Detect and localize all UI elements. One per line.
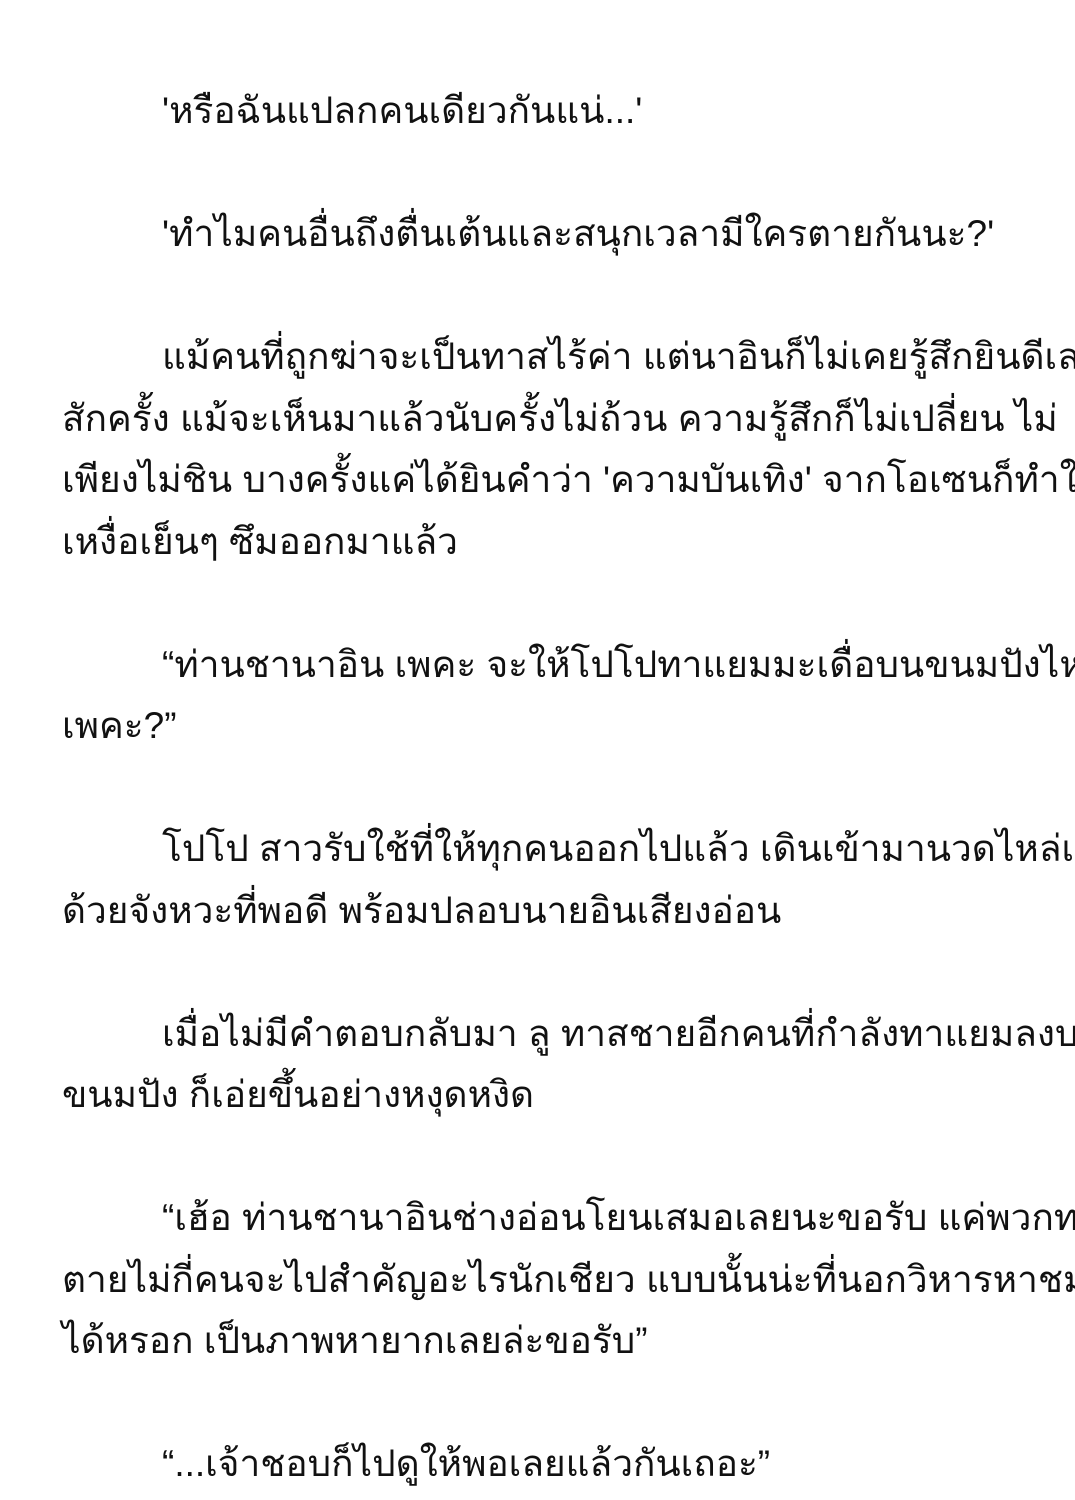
text-line: 'ทำไมคนอื่นถึงตื่นเต้นและสนุกเวลามีใครตา… <box>62 203 1013 265</box>
paragraph: เมื่อไม่มีคำตอบกลับมา ลู ทาสชายอีกคนที่ก… <box>62 1003 1013 1126</box>
novel-page: 'หรือฉันแปลกคนเดียวกันแน่...' 'ทำไมคนอื่… <box>0 0 1075 1500</box>
text-line: เพียงไม่ชิน บางครั้งแค่ได้ยินคำว่า 'ความ… <box>62 449 1013 511</box>
paragraph: โปโป สาวรับใช้ที่ให้ทุกคนออกไปแล้ว เดินเ… <box>62 818 1013 941</box>
text-line: เหงื่อเย็นๆ ซึมออกมาแล้ว <box>62 511 1013 573</box>
text-line: เพคะ?” <box>62 695 1013 757</box>
paragraph: “...เจ้าชอบก็ไปดูให้พอเลยแล้วกันเถอะ” <box>62 1433 1013 1495</box>
paragraph: “ท่านชานาอิน เพคะ จะให้โปโปทาแยมมะเดื่อบ… <box>62 634 1013 757</box>
text-line: ขนมปัง ก็เอ่ยขึ้นอย่างหงุดหงิด <box>62 1064 1013 1126</box>
text-line: ได้หรอก เป็นภาพหายากเลยล่ะขอรับ” <box>62 1310 1013 1372</box>
text-line: แม้คนที่ถูกฆ่าจะเป็นทาสไร้ค่า แต่นาอินก็… <box>62 326 1013 388</box>
paragraph: 'ทำไมคนอื่นถึงตื่นเต้นและสนุกเวลามีใครตา… <box>62 203 1013 265</box>
text-line: ด้วยจังหวะที่พอดี พร้อมปลอบนายอินเสียงอ่… <box>62 880 1013 942</box>
text-line: “ท่านชานาอิน เพคะ จะให้โปโปทาแยมมะเดื่อบ… <box>62 634 1013 696</box>
text-line: เมื่อไม่มีคำตอบกลับมา ลู ทาสชายอีกคนที่ก… <box>62 1003 1013 1065</box>
paragraph: “เฮ้อ ท่านชานาอินช่างอ่อนโยนเสมอเลยนะขอร… <box>62 1187 1013 1372</box>
text-line: “...เจ้าชอบก็ไปดูให้พอเลยแล้วกันเถอะ” <box>62 1433 1013 1495</box>
paragraph: แม้คนที่ถูกฆ่าจะเป็นทาสไร้ค่า แต่นาอินก็… <box>62 326 1013 572</box>
text-line: สักครั้ง แม้จะเห็นมาแล้วนับครั้งไม่ถ้วน … <box>62 388 1013 450</box>
paragraph: 'หรือฉันแปลกคนเดียวกันแน่...' <box>62 80 1013 142</box>
text-line: “เฮ้อ ท่านชานาอินช่างอ่อนโยนเสมอเลยนะขอร… <box>62 1187 1013 1249</box>
text-line: โปโป สาวรับใช้ที่ให้ทุกคนออกไปแล้ว เดินเ… <box>62 818 1013 880</box>
text-line: 'หรือฉันแปลกคนเดียวกันแน่...' <box>62 80 1013 142</box>
text-line: ตายไม่กี่คนจะไปสำคัญอะไรนักเชียว แบบนั้น… <box>62 1249 1013 1311</box>
